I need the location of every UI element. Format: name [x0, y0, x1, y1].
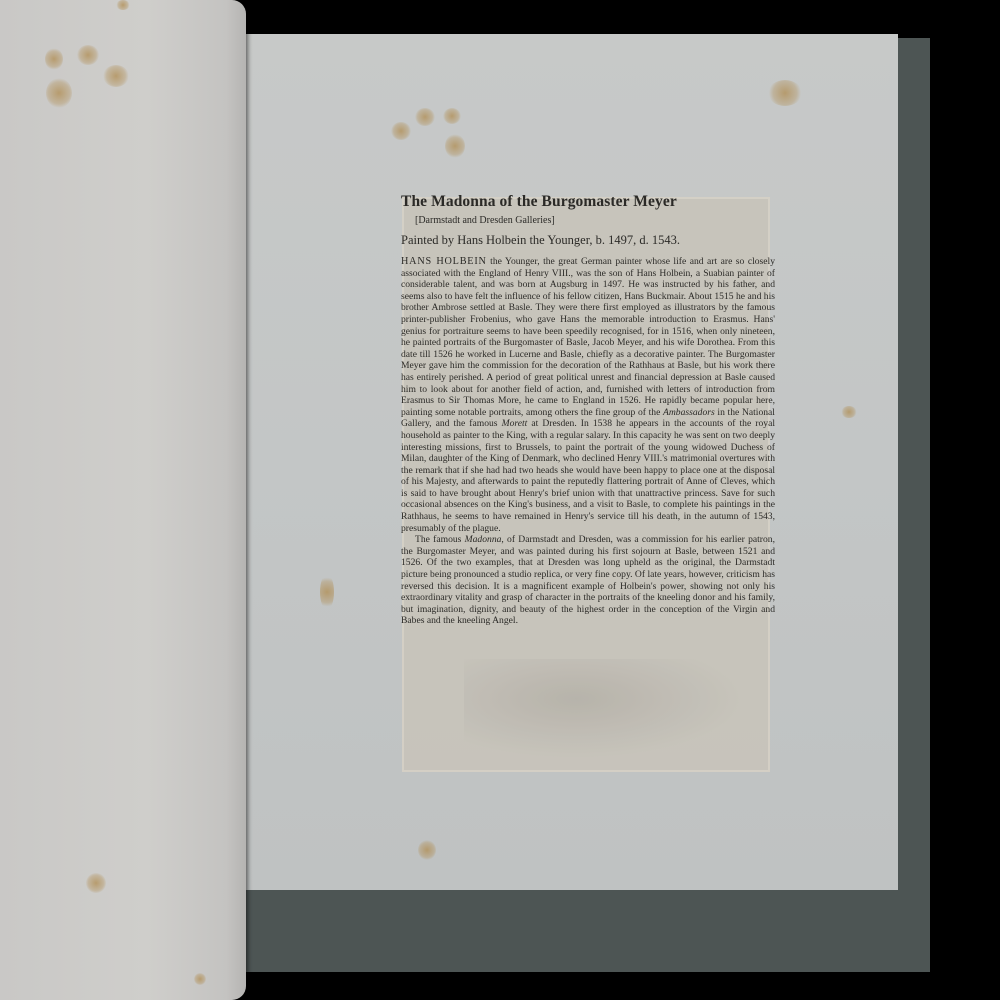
document-title: The Madonna of the Burgomaster Meyer — [401, 192, 775, 211]
paragraph-madonna: The famous Madonna, of Darmstadt and Dre… — [401, 534, 775, 627]
foxing-spot — [103, 65, 129, 87]
foxing-spot — [841, 406, 857, 418]
foxing-spot — [77, 45, 99, 65]
foxing-spot — [320, 574, 334, 610]
document-subtitle: [Darmstadt and Dresden Galleries] — [415, 214, 775, 228]
paragraph-text: the Younger, the great German painter wh… — [401, 256, 775, 418]
paragraph-biography: HANS HOLBEIN the Younger, the great Germ… — [401, 256, 775, 534]
foxing-spot — [46, 78, 72, 108]
paragraph-text: at Dresden. In 1538 he appears in the ac… — [401, 418, 775, 533]
foxing-spot — [768, 80, 802, 106]
foxing-spot — [391, 122, 411, 140]
foxing-spot — [415, 108, 435, 126]
foxing-spot — [45, 48, 63, 70]
plate-ghost-image — [464, 659, 744, 759]
italic-title: Madonna — [465, 534, 502, 545]
paragraph-text: The famous — [415, 534, 465, 545]
document-text: The Madonna of the Burgomaster Meyer [Da… — [401, 192, 775, 627]
foxing-spot — [86, 873, 106, 893]
paragraph-lead: HANS HOLBEIN — [401, 256, 487, 267]
left-page — [0, 0, 246, 1000]
paragraph-text: , of Darmstadt and Dresden, was a commis… — [401, 534, 775, 626]
foxing-spot — [418, 840, 436, 860]
document-byline: Painted by Hans Holbein the Younger, b. … — [401, 232, 775, 249]
foxing-spot — [445, 134, 465, 158]
foxing-spot — [194, 973, 206, 985]
foxing-spot — [443, 108, 461, 124]
italic-title: Ambassadors — [663, 407, 715, 418]
foxing-spot — [116, 0, 130, 10]
italic-title: Morett — [502, 418, 528, 429]
